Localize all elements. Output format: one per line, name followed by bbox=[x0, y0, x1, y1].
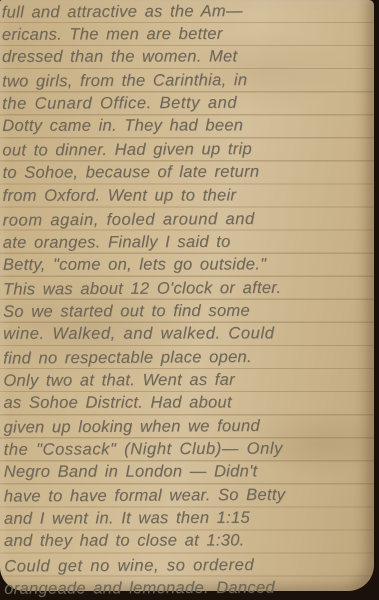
handwritten-line: Dotty came in. They had been bbox=[2, 114, 374, 138]
handwritten-line: have to have formal wear. So Betty bbox=[4, 484, 376, 509]
handwritten-line: Only two at that. Went as far bbox=[3, 368, 375, 393]
handwritten-line: as Sohoe District. Had about bbox=[3, 391, 375, 415]
handwritten-line: Could get no wine, so ordered bbox=[4, 553, 376, 578]
handwritten-line: wine. Walked, and walked. Could bbox=[3, 322, 375, 346]
handwritten-line: the "Cossack" (Night Club)— Only bbox=[4, 437, 376, 462]
notebook-page: full and attractive as the Am— ericans. … bbox=[0, 0, 374, 591]
handwritten-line: So we started out to find some bbox=[3, 299, 375, 324]
handwritten-line: ate oranges. Finally I said to bbox=[3, 230, 375, 255]
handwritten-line: Betty, "come on, lets go outside." bbox=[3, 253, 375, 277]
handwritten-line: room again, fooled around and bbox=[3, 207, 375, 232]
handwritten-line: and I went in. It was then 1:15 bbox=[4, 507, 376, 532]
handwritten-line: two girls, from the Carinthia, in bbox=[2, 68, 374, 93]
diary-photo: full and attractive as the Am— ericans. … bbox=[0, 0, 379, 600]
handwritten-line: full and attractive as the Am— bbox=[2, 0, 374, 25]
handwritten-line: and they had to close at 1:30. bbox=[4, 530, 376, 554]
handwritten-line: the Cunard Office. Betty and bbox=[2, 91, 374, 116]
handwritten-line: dressed than the women. Met bbox=[2, 45, 374, 69]
handwritten-line: given up looking when we found bbox=[3, 414, 375, 439]
handwritten-line: orangeade and lemonade. Danced bbox=[4, 576, 376, 600]
handwritten-line: out to dinner. Had given up trip bbox=[2, 138, 374, 163]
handwritten-line: This was about 12 O'clock or after. bbox=[3, 276, 375, 301]
handwritten-line: Negro Band in London — Didn't bbox=[4, 460, 376, 484]
handwritten-line: find no respectable place open. bbox=[3, 345, 375, 370]
handwritten-text-block: full and attractive as the Am— ericans. … bbox=[2, 0, 377, 600]
handwritten-line: from Oxford. Went up to their bbox=[3, 184, 375, 208]
handwritten-line: to Sohoe, because of late return bbox=[2, 161, 374, 186]
handwritten-line: ericans. The men are better bbox=[2, 22, 374, 47]
